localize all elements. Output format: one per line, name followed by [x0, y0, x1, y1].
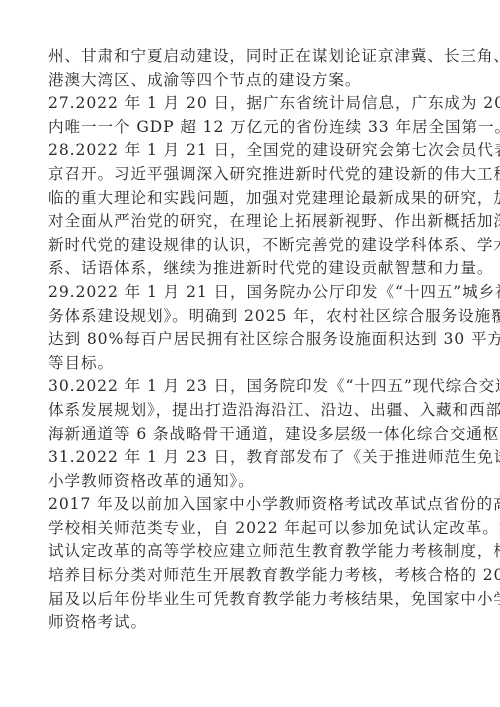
- text-line: 系、话语体系，继续为推进新时代党的建设贡献智慧和力量。: [48, 257, 454, 281]
- document-page: 州、甘肃和宁夏启动建设，同时正在谋划论证京津冀、长三角、粤 港澳大湾区、成渝等四…: [48, 45, 454, 635]
- text-line: 京召开。习近平强调深入研究推进新时代党的建设新的伟大工程面: [48, 163, 454, 187]
- text-line: 内唯一一个 GDP 超 12 万亿元的省份连续 33 年居全国第一。: [48, 116, 454, 140]
- text-line: 州、甘肃和宁夏启动建设，同时正在谋划论证京津冀、长三角、粤: [48, 45, 454, 69]
- text-line: 对全面从严治党的研究，在理论上拓展新视野、作出新概括加深对: [48, 210, 454, 234]
- paragraph-item-29: 29.2022 年 1 月 21 日，国务院办公厅印发《“十四五”城乡社区服 务…: [48, 281, 454, 375]
- text-line: 届及以后年份毕业生可凭教育教学能力考核结果，免国家中小学教: [48, 588, 454, 612]
- text-line: 海新通道等 6 条战略骨干通道，建设多层级一体化综合交通枢纽。: [48, 423, 454, 447]
- text-line: 体系发展规划》，提出打造沿海沿江、沿边、出疆、入藏和西部陆: [48, 399, 454, 423]
- text-line: 新时代党的建设规律的认识，不断完善党的建设学科体系、学术体: [48, 234, 454, 258]
- text-line: 29.2022 年 1 月 21 日，国务院办公厅印发《“十四五”城乡社区服: [48, 281, 454, 305]
- paragraph-item-28: 28.2022 年 1 月 21 日，全国党的建设研究会第七次会员代表大会在 京…: [48, 139, 454, 281]
- paragraph-item-31: 31.2022 年 1 月 23 日，教育部发布了《关于推进师范生免试认定中 小…: [48, 446, 454, 493]
- text-line: 达到 80%每百户居民拥有社区综合服务设施面积达到 30 平方米以上: [48, 328, 454, 352]
- text-line: 师资格考试。: [48, 611, 454, 635]
- text-line: 28.2022 年 1 月 21 日，全国党的建设研究会第七次会员代表大会在: [48, 139, 454, 163]
- text-line: 培养目标分类对师范生开展教育教学能力考核，考核合格的 2022: [48, 564, 454, 588]
- text-line: 临的重大理论和实践问题，加强对党建理论最新成果的研究，加强: [48, 187, 454, 211]
- text-line: 小学教师资格改革的通知》。: [48, 470, 454, 494]
- paragraph-item-31-detail: 2017 年及以前加入国家中小学教师资格考试改革试点省份的高等 学校相关师范类专…: [48, 493, 454, 635]
- text-line: 港澳大湾区、成渝等四个节点的建设方案。: [48, 69, 454, 93]
- text-line: 务体系建设规划》。明确到 2025 年，农村社区综合服务设施覆盖率: [48, 305, 454, 329]
- paragraph-item-26-continued: 州、甘肃和宁夏启动建设，同时正在谋划论证京津冀、长三角、粤 港澳大湾区、成渝等四…: [48, 45, 454, 92]
- text-line: 2017 年及以前加入国家中小学教师资格考试改革试点省份的高等: [48, 493, 454, 517]
- text-line: 27.2022 年 1 月 20 日，据广东省统计局信息，广东成为 2021 年…: [48, 92, 454, 116]
- text-line: 30.2022 年 1 月 23 日，国务院印发《“十四五”现代综合交通运输: [48, 375, 454, 399]
- paragraph-item-30: 30.2022 年 1 月 23 日，国务院印发《“十四五”现代综合交通运输 体…: [48, 375, 454, 446]
- text-line: 学校相关师范类专业，自 2022 年起可以参加免试认定改革。实施免: [48, 517, 454, 541]
- text-line: 试认定改革的高等学校应建立师范生教育教学能力考核制度，根据: [48, 540, 454, 564]
- paragraph-item-27: 27.2022 年 1 月 20 日，据广东省统计局信息，广东成为 2021 年…: [48, 92, 454, 139]
- text-line: 31.2022 年 1 月 23 日，教育部发布了《关于推进师范生免试认定中: [48, 446, 454, 470]
- text-line: 等目标。: [48, 352, 454, 376]
